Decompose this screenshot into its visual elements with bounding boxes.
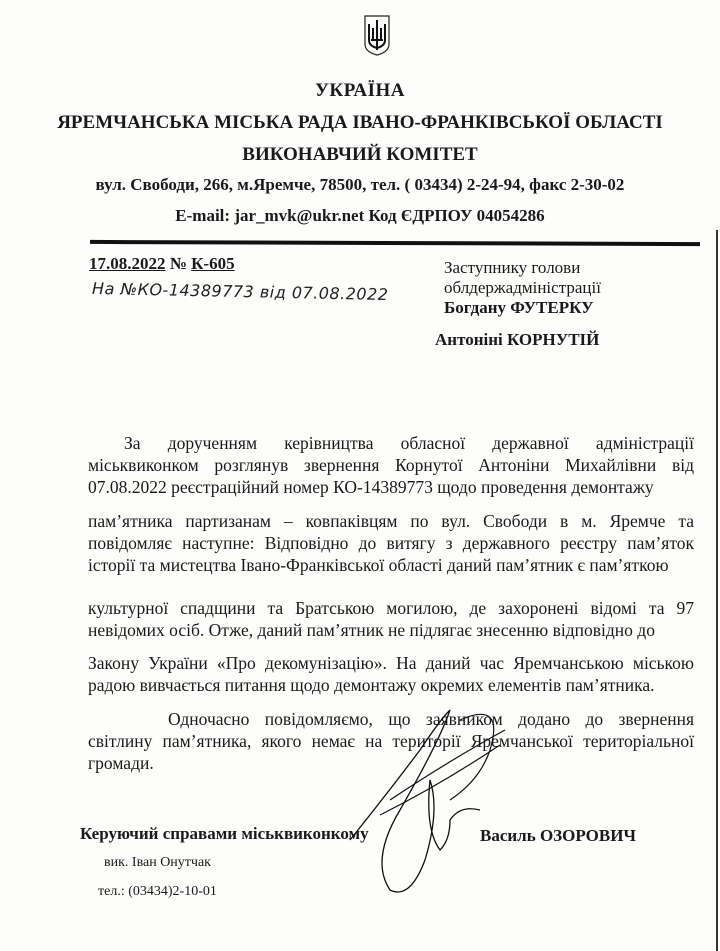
country-heading: УКРАЇНА xyxy=(0,80,720,102)
reference-date: 17.08.2022 xyxy=(89,254,166,273)
addressee-block: Заступнику голови облдержадміністрації Б… xyxy=(444,258,601,318)
signatory-name: Василь ОЗОРОВИЧ xyxy=(480,826,636,846)
address-line: вул. Свободи, 266, м.Яремче, 78500, тел.… xyxy=(0,175,720,195)
council-heading: ЯРЕМЧАНСЬКА МІСЬКА РАДА ІВАНО-ФРАНКІВСЬК… xyxy=(0,112,720,134)
addressee-name: Богдану ФУТЕРКУ xyxy=(444,298,601,318)
letterhead-divider xyxy=(90,240,700,246)
email-line: E-mail: jar_mvk@ukr.net Код ЄДРПОУ 04054… xyxy=(0,206,720,226)
addressee-organization: облдержадміністрації xyxy=(444,278,601,298)
number-sign: № xyxy=(170,254,187,273)
body-paragraph-3: культурної спадщини та Братською могилою… xyxy=(88,597,694,641)
executor-name: вик. Іван Онутчак xyxy=(104,855,211,871)
second-addressee-name: Антоніні КОРНУТІЙ xyxy=(435,330,599,350)
body-paragraph-2: пам’ятника партизанам – ковпаківцям по в… xyxy=(88,510,694,576)
reference-number: К-605 xyxy=(191,254,235,273)
signatory-title: Керуючий справами міськвиконкому xyxy=(80,824,369,844)
committee-heading: ВИКОНАВЧИЙ КОМІТЕТ xyxy=(0,144,720,166)
body-paragraph-1: За дорученням керівництва обласної держа… xyxy=(88,432,694,498)
trident-emblem-icon xyxy=(363,14,391,56)
executor-phone: тел.: (03434)2-10-01 xyxy=(98,884,217,900)
addressee-title: Заступнику голови xyxy=(444,258,601,278)
reference-line: 17.08.2022 № К-605 xyxy=(89,254,235,274)
handwritten-signature-icon xyxy=(330,690,510,900)
handwritten-reference: На №КО-14389773 від 07.08.2022 xyxy=(92,279,389,304)
page-edge xyxy=(716,230,718,951)
